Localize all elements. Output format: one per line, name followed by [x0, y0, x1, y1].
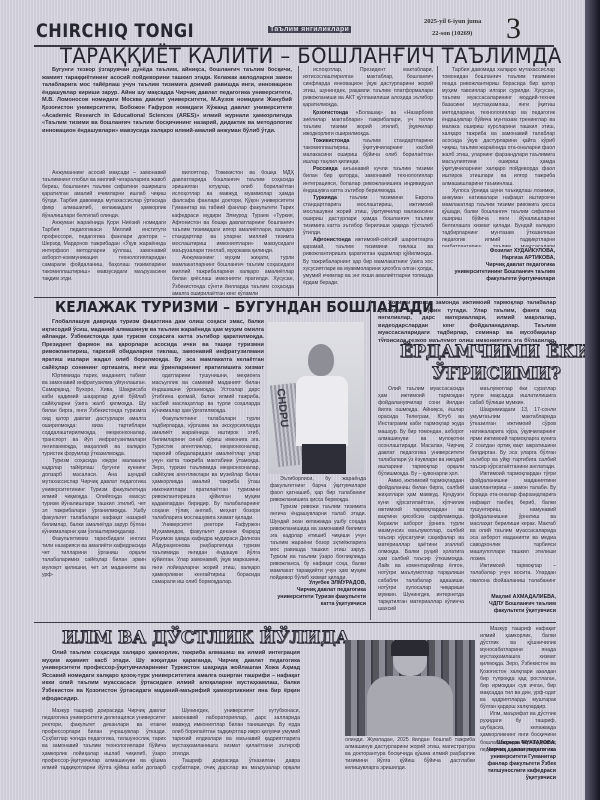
section-tag: Таълим янгиликлари — [268, 26, 351, 33]
article3-signature: Маҳлиё АХМАДАЛИЕВА, ЧДПУ Бошланғич таъли… — [470, 594, 556, 615]
country-paragraph: Афғонистонда ижтимоий-сиёсий шароитларга… — [303, 237, 433, 287]
column-divider — [437, 66, 438, 296]
article2-column-1: Юртимизда тарих, маданият, табиат ва зам… — [42, 373, 146, 619]
paragraph: Эътиборлиси, бу жараёнда факультетнинг б… — [270, 476, 366, 504]
paragraph: ислоҳотлар, Президент мактаблари, ихтисо… — [303, 67, 433, 110]
author-name: Улуғбек ЭЛМУРАДОВ, — [270, 580, 366, 587]
country-text: таълим тизимини Европа стандартларига мо… — [303, 195, 433, 236]
paragraph: Мазкур ташриф доирасида Чирчиқ давлат пе… — [42, 708, 166, 772]
paragraph: Юртимизда тарих, маданият, табиат ва зам… — [42, 373, 146, 458]
paragraph: Ижтимоий тармоқлар – талабалар учун воси… — [470, 563, 556, 582]
paragraph: Анжуманнинг асосий мақсади – замонавий т… — [42, 170, 166, 220]
country-name: Россияда — [313, 166, 338, 172]
paragraph: Ташриф доирасида ўтказилган давра суҳбат… — [172, 758, 300, 772]
paragraph: Аммо, ижтимоий тармоқлардан фойдаланиш б… — [378, 478, 464, 613]
photo-caption-text: олинди. Жумладан, 2025 йилдан бошлаб таж… — [345, 737, 475, 777]
country-paragraph: Қозоғистонда «Болашақ» ва «Назарбоев зиё… — [303, 110, 433, 138]
caption-text: олинди. Жумладан, 2025 йилдан бошлаб таж… — [345, 737, 475, 771]
issue-date: 2025-yil 6-iyun juma — [424, 18, 481, 25]
author-name: Фозилат ХУДАЙКУЛОВА, — [440, 248, 555, 255]
country-name: Афғонистонда — [313, 237, 351, 243]
screen-bezel — [585, 0, 600, 800]
paragraph: Университет ректори Ғафуржон Муҳаммедов,… — [152, 522, 260, 586]
article1-lead-text: Бугунги тезкор ўзгарувчан дунёда таълим,… — [42, 67, 292, 135]
article3-lead-text: Ҳозирги тезкор замонда ижтимоий тармоқла… — [378, 300, 556, 342]
country-name: Қозоғистонда — [313, 110, 348, 116]
paragraph: маълумотлар ёки суратлар турли мақсадда … — [470, 386, 556, 407]
article3-column-2: маълумотлар ёки суратлар турли мақсадда … — [470, 386, 556, 582]
article4-lead-text: Олий таълим соҳасида халқаро ҳамкорлик, … — [42, 650, 300, 703]
column-divider — [298, 66, 299, 296]
article1-column-4: Тарбия давомида халқаро мутахассислар то… — [442, 67, 555, 247]
article3-headline-line2: ЎҒРИСИМИ? — [432, 364, 561, 384]
banner-text: CHDPU — [274, 388, 290, 428]
author-affiliation: Чирчиқ давлат педагогика университетинин… — [440, 262, 555, 283]
person-head — [308, 344, 334, 376]
country-paragraph: Туркияда таълим тизимини Европа стандарт… — [303, 195, 433, 238]
column-divider — [370, 300, 371, 620]
newspaper-page: CHIRCHIQ TONGI Таълим янгиликлари 2025-y… — [0, 0, 585, 800]
country-name: Туркияда — [313, 195, 337, 201]
article4-column-1: Мазкур ташриф доирасида Чирчиқ давлат пе… — [42, 708, 166, 772]
country-text: ижтимоий-сиёсий шароитларга қарамай, таъ… — [303, 237, 433, 286]
article2-signature: Улуғбек ЭЛМУРАДОВ, Чирчиқ давлат педагог… — [270, 580, 366, 608]
article4-photo-portrait — [345, 640, 475, 736]
article4-lead: Олий таълим соҳасида халқаро ҳамкорлик, … — [42, 650, 300, 706]
article2-photo-portrait: CHDPU — [268, 322, 364, 474]
paragraph: Шунингдек, университет кутубхонаси, замо… — [172, 708, 300, 758]
section-rule — [34, 622, 556, 623]
article4-column-3: Мазкур ташриф нафақат илмий ҳамкорлик, б… — [480, 626, 556, 754]
article4-signature: Шаҳноза МУХТАРОВА, Чирчиқ давлат педагог… — [476, 740, 556, 782]
paragraph: Шаҳримиздаги 13, 17-сонли умумтаълим мак… — [470, 407, 556, 471]
country-name: Тожикистонда — [313, 138, 349, 144]
paragraph: Анжуманнинг муҳим жиҳати, турли мамлакат… — [172, 255, 294, 296]
article4-column-2: Шунингдек, университет кутубхонаси, замо… — [172, 708, 300, 772]
person-shirt — [296, 376, 348, 446]
article3-headline-line1: ЁРДАМЧИМИ ЁКИ ВАҚТ — [400, 342, 585, 362]
paragraph: вилоятлар, Тожикистон ва бошқа МДҲ давла… — [172, 170, 294, 255]
paragraph: Факультетимиз тарихбидаги инглиз тили на… — [42, 536, 146, 579]
country-paragraph: Россияда анъанавий кучли таълим тизими б… — [303, 166, 433, 194]
article3-column-1: Олий таълим муассасасида ҳам ижтимоий та… — [378, 386, 464, 618]
author-name: Маҳлиё АХМАДАЛИЕВА, — [470, 594, 556, 601]
article1-column-1: Анжуманнинг асосий мақсади – замонавий т… — [42, 170, 166, 296]
person-hair — [391, 640, 429, 656]
article4-headline: ИЛМ ВА ДЎСТЛИК ЙЎЛИДА — [62, 628, 349, 648]
author-name: Наргиза АРТИКОВА, — [440, 255, 555, 262]
author-affiliation: Чирчиқ давлат педагогика университети Ту… — [270, 587, 366, 608]
paragraph: Тарбия давомида халқаро мутахассислар то… — [442, 67, 555, 188]
issue-number: 22-son (10269) — [432, 30, 472, 37]
author-affiliation: Чирчиқ давлат педагогика университети Гу… — [476, 747, 556, 782]
article2-headline: КЕЛАЖАК ТУРИЗМИ – БУГУНДАН БОШЛАНАДИ — [55, 298, 434, 316]
article3-lead: Ҳозирги тезкор замонда ижтимоий тармоқла… — [378, 300, 556, 342]
paragraph: одатларини тушунишни, меҳмонга масъуллик… — [152, 373, 260, 416]
page-number: 3 — [506, 12, 521, 46]
paragraph: Ижтимоий тармоқлардан тўғри фойдаланишни… — [470, 471, 556, 563]
author-name: Шаҳноза МУХТАРОВА, — [476, 740, 556, 747]
paragraph: Туризм ривожи таълим тизимига янгича ёнд… — [270, 504, 366, 582]
article1-headline: ТАРАҚҚИЁТ КАЛИТИ – БОШЛАНҒИЧ ТАЪЛИМДА — [60, 44, 562, 68]
article1-lead: Бугунги тезкор ўзгарувчан дунёда таълим,… — [42, 67, 292, 169]
paragraph: Анжуман жараёнида Қори Ниёзий номидаги Т… — [42, 220, 166, 284]
person-blouse — [367, 676, 453, 736]
article2-column-2: одатларини тушунишни, меҳмонга масъуллик… — [152, 373, 260, 619]
article1-column-3: ислоҳотлар, Президент мактаблари, ихтисо… — [303, 67, 433, 297]
country-paragraph: Тожикистонда таълим стандартларини таком… — [303, 138, 433, 166]
article2-lead: Глобаллашув даврида туризм фақатгина дам… — [42, 319, 264, 371]
newspaper-title: CHIRCHIQ TONGI — [36, 20, 194, 42]
article1-column-2: вилоятлар, Тожикистон ва бошқа МДҲ давла… — [172, 170, 294, 296]
paragraph: Хулоса ўрнида шуни таъкидлаш лозимки, ан… — [442, 188, 555, 247]
person-trousers — [302, 444, 346, 474]
paragraph: Туризм соҳасида юқори малакали кадрлар т… — [42, 458, 146, 536]
author-affiliation: ЧДПУ Бошланғич таълим факультети ўқитувч… — [470, 601, 556, 615]
article1-signature: Фозилат ХУДАЙКУЛОВА, Наргиза АРТИКОВА, Ч… — [440, 248, 555, 283]
paragraph: Мазкур ташриф нафақат илмий ҳамкорлик, б… — [480, 626, 556, 711]
paragraph: Факультетнинг талабалари турли тадбирлар… — [152, 416, 260, 522]
article2-lead-text: Глобаллашув даврида туризм фақатгина дам… — [42, 319, 264, 371]
masthead: CHIRCHIQ TONGI Таълим янгиликлари 2025-y… — [36, 18, 556, 44]
paragraph: Олий таълим муассасасида ҳам ижтимоий та… — [378, 386, 464, 478]
